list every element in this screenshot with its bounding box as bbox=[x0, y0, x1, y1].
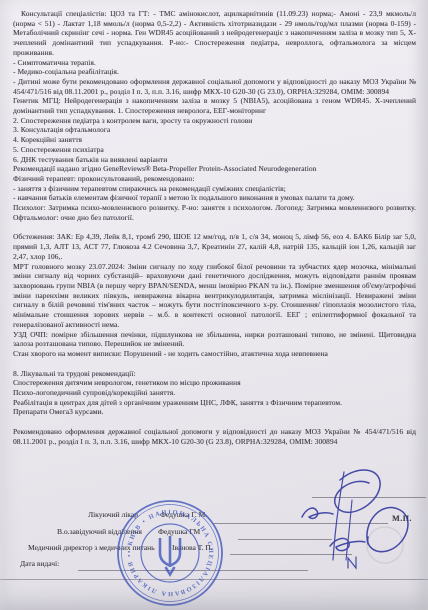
stray-rule-right bbox=[312, 497, 426, 498]
seal-place-label: М.П. bbox=[392, 514, 412, 523]
issue-date-label: Дата видачі: bbox=[20, 559, 59, 568]
doc-paragraph: - навчання батьків елементам фізичної те… bbox=[13, 193, 416, 203]
acting-head-name: Федушка ГМ bbox=[158, 527, 200, 536]
full-width-rule bbox=[0, 579, 428, 580]
doc-paragraph: - заняття з фізичним терапевтом спираючи… bbox=[13, 184, 416, 194]
medical-director-name: Іванова Т. П. bbox=[172, 543, 213, 552]
signature-line-1 bbox=[214, 523, 388, 524]
medical-director-label: Медичний директор з медичних питань bbox=[28, 543, 155, 552]
doc-paragraph: 2. Спостереження педіатра з контролем ва… bbox=[13, 116, 416, 126]
faint-embossed-circle bbox=[367, 527, 403, 563]
doc-paragraph: Реабілітація в центрах для дітей з орган… bbox=[13, 398, 416, 408]
doc-paragraph-social-aid: Рекомендовано оформлення державної соціа… bbox=[13, 427, 416, 446]
acting-head-label: В.о.завідуючий відділення bbox=[57, 527, 142, 536]
signature-flourish-small bbox=[302, 508, 333, 518]
signature-line-2 bbox=[238, 539, 332, 540]
doc-paragraph: - Медико-соціальна реабілітація. bbox=[13, 67, 416, 77]
stamp-ring-text: • КИЇВ • НАЦІОНАЛЬНА СПЕЦІАЛІЗОВАНА ЛІКА… bbox=[126, 509, 214, 597]
signature-line-3 bbox=[230, 554, 352, 555]
doc-paragraph-ultrasound: УЗД ОЧП: помірне збільшення печінки, під… bbox=[13, 330, 416, 349]
doc-paragraph: Рекомендації надано згідно GeneReviews® … bbox=[13, 164, 416, 174]
document-body: Консультації спеціалістів: ЦОЗ та ГТ: - … bbox=[13, 9, 416, 447]
doc-paragraph: 4. Корекційні заняття bbox=[13, 135, 416, 145]
doc-paragraph-mri: МРТ головного мозку 23.07.2024: Зміни си… bbox=[13, 262, 416, 330]
attending-doctor-name: Федушка Г. М. bbox=[160, 510, 207, 519]
doc-paragraph: 6. ДНК тестування батьків на виявлені ва… bbox=[13, 155, 416, 165]
doc-paragraph: - Дитині може бути рекомендовано оформле… bbox=[13, 77, 416, 96]
date-line bbox=[78, 570, 308, 571]
doc-paragraph: 5. Спостереження психіатра bbox=[13, 145, 416, 155]
scanned-medical-document: Консультації спеціалістів: ЦОЗ та ГТ: - … bbox=[0, 0, 428, 610]
doc-paragraph: Психолог: Затримка психо-мовленнєвого ро… bbox=[13, 203, 416, 222]
doc-paragraph: Спостереження дитячим неврологом, генети… bbox=[13, 378, 416, 388]
signature-descender-2 bbox=[346, 500, 352, 560]
doc-paragraph: Фізичний терапевт: проконсультований, ре… bbox=[13, 174, 416, 184]
doc-paragraph-patient-state: Стан хворого на момент виписки: Порушени… bbox=[13, 349, 416, 359]
doc-paragraph: - Симптоматична терапія. bbox=[13, 58, 416, 68]
doc-paragraph: Консультації спеціалістів: ЦОЗ та ГТ: - … bbox=[13, 9, 416, 58]
signature-loop-left bbox=[335, 470, 380, 512]
doc-paragraph: Психо-логопедичний супровід/корекційні з… bbox=[13, 388, 416, 398]
doc-paragraph: 3. Консультація офтальмолога bbox=[13, 125, 416, 135]
trident-icon bbox=[160, 536, 180, 575]
signature-tick-mark bbox=[348, 557, 356, 568]
doc-paragraph-examinations: Обстеження: ЗАК: Ер 4,39, Лейк 8,1, тром… bbox=[13, 232, 416, 261]
doc-paragraph: Генетик МГЦ: Нейродегенерація з накопиче… bbox=[13, 96, 416, 115]
signature-descender-1 bbox=[333, 472, 344, 560]
attending-doctor-label: Лікуючий лікар bbox=[88, 510, 138, 519]
doc-paragraph-recommendations-header: 8. Лікувальні та трудові рекомендації: bbox=[13, 369, 416, 379]
doc-paragraph: Препарати Омега3 курсами. bbox=[13, 407, 416, 417]
signature-flourish-lower bbox=[330, 538, 365, 550]
